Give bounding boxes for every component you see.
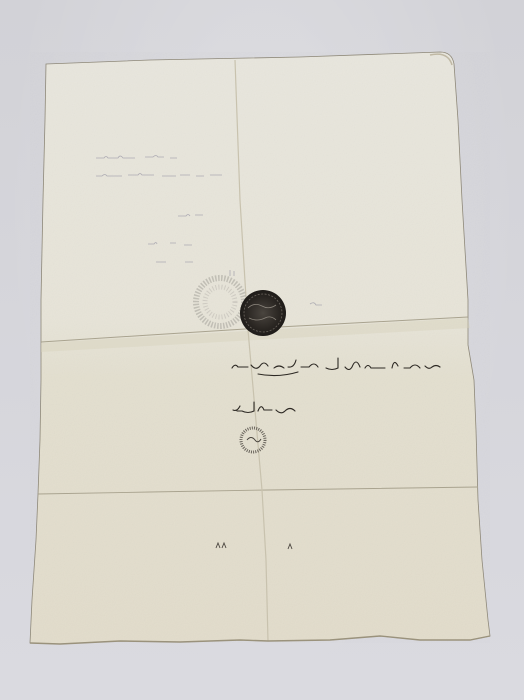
photo-scene: وحده حصده باقيه سنه احد عشر الحاكم به وك… xyxy=(0,0,524,700)
document-paper xyxy=(0,0,524,700)
main-black-seal xyxy=(240,290,286,336)
